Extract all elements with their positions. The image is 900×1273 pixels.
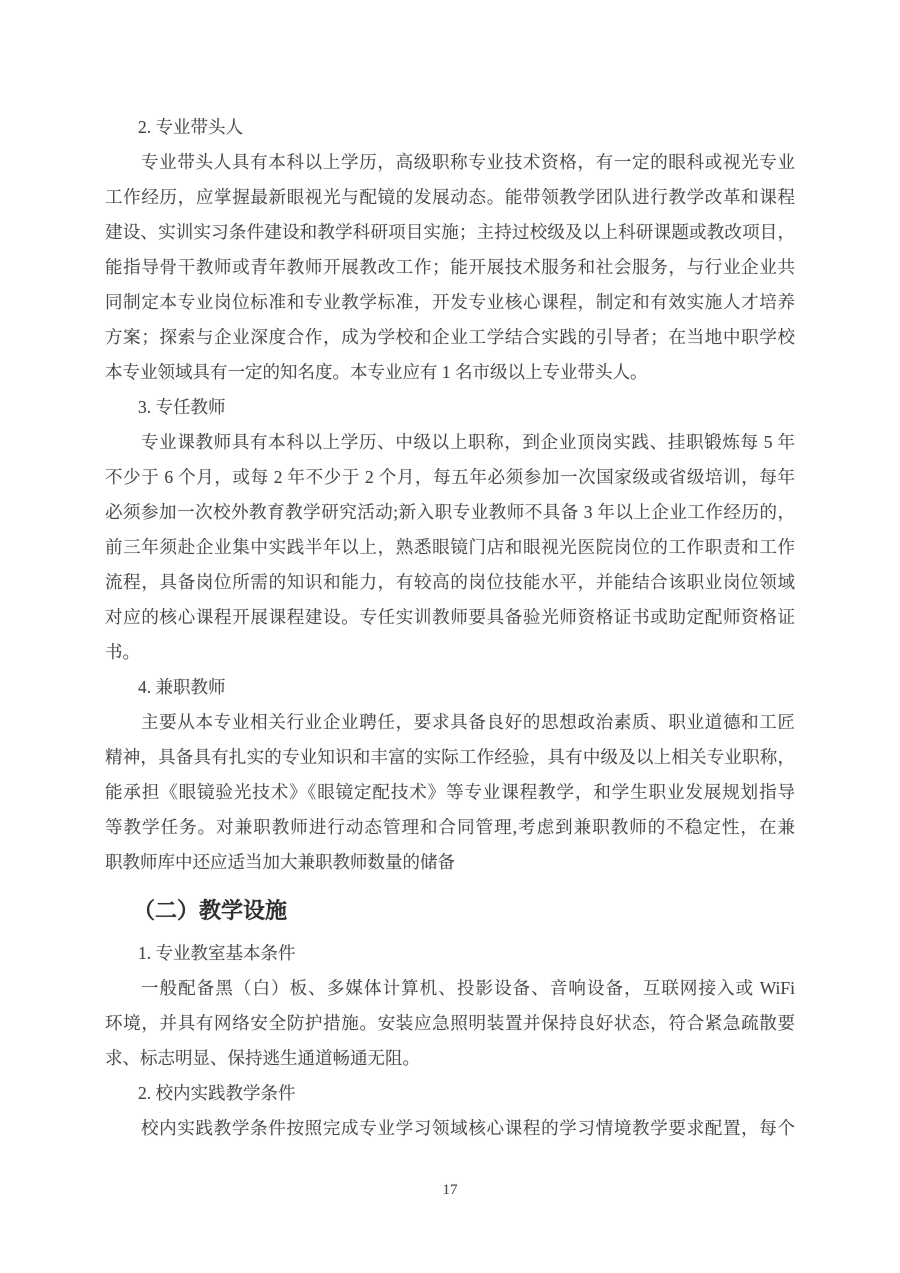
- page-number: 17: [0, 1180, 900, 1200]
- paragraph-line: 专业带头人具有本科以上学历，高级职称专业技术资格，有一定的眼科或视光专业: [105, 145, 795, 180]
- paragraph-line: 建设、实训实习条件建设和教学科研项目实施；主持过校级及以上科研课题或教改项目，: [105, 215, 795, 250]
- paragraph-line: 求、标志明显、保持逃生通道畅通无阻。: [105, 1041, 795, 1076]
- document-content: 2. 专业带头人 专业带头人具有本科以上学历，高级职称专业技术资格，有一定的眼科…: [105, 110, 795, 1146]
- paragraph-line: 流程，具备岗位所需的知识和能力，有较高的岗位技能水平，并能结合该职业岗位领域: [105, 565, 795, 600]
- paragraph-line: 前三年须赴企业集中实践半年以上，熟悉眼镜门店和眼视光医院岗位的工作职责和工作: [105, 530, 795, 565]
- paragraph-line: 校内实践教学条件按照完成专业学习领域核心课程的学习情境教学要求配置，每个: [105, 1111, 795, 1146]
- paragraph-line: 书。: [105, 635, 795, 670]
- paragraph-line: 环境，并具有网络安全防护措施。安装应急照明装置并保持良好状态，符合紧急疏散要: [105, 1006, 795, 1041]
- paragraph-line: 不少于 6 个月，或每 2 年不少于 2 个月，每五年必须参加一次国家级或省级培…: [105, 460, 795, 495]
- paragraph-line: 一般配备黑（白）板、多媒体计算机、投影设备、音响设备，互联网接入或 WiFi: [105, 971, 795, 1006]
- paragraph-line: 同制定本专业岗位标准和专业教学标准，开发专业核心课程，制定和有效实施人才培养: [105, 285, 795, 320]
- paragraph-line: 工作经历，应掌握最新眼视光与配镜的发展动态。能带领教学团队进行教学改革和课程: [105, 180, 795, 215]
- paragraph-line: 专业课教师具有本科以上学历、中级以上职称，到企业顶岗实践、挂职锻炼每 5 年: [105, 425, 795, 460]
- paragraph-line: 能承担《眼镜验光技术》《眼镜定配技术》等专业课程教学，和学生职业发展规划指导: [105, 775, 795, 810]
- paragraph-line: 对应的核心课程开展课程建设。专任实训教师要具备验光师资格证书或助定配师资格证: [105, 600, 795, 635]
- subheading-2-professional-leader: 2. 专业带头人: [105, 110, 795, 145]
- paragraph-line: 职教师库中还应适当加大兼职教师数量的储备: [105, 845, 795, 880]
- paragraph-line: 精神，具备具有扎实的专业知识和丰富的实际工作经验，具有中级及以上相关专业职称，: [105, 740, 795, 775]
- paragraph-line: 必须参加一次校外教育教学研究活动;新入职专业教师不具备 3 年以上企业工作经历的…: [105, 495, 795, 530]
- subheading-3-fulltime-teachers: 3. 专任教师: [105, 390, 795, 425]
- document-page: 2. 专业带头人 专业带头人具有本科以上学历，高级职称专业技术资格，有一定的眼科…: [0, 0, 900, 1273]
- paragraph-line: 能指导骨干教师或青年教师开展教改工作；能开展技术服务和社会服务，与行业企业共: [105, 250, 795, 285]
- paragraph-line: 方案；探索与企业深度合作，成为学校和企业工学结合实践的引导者；在当地中职学校: [105, 320, 795, 355]
- section-heading-teaching-facilities: （二）教学设施: [105, 890, 795, 932]
- subheading-4-parttime-teachers: 4. 兼职教师: [105, 670, 795, 705]
- paragraph-line: 等教学任务。对兼职教师进行动态管理和合同管理,考虑到兼职教师的不稳定性，在兼: [105, 810, 795, 845]
- paragraph-line: 本专业领域具有一定的知名度。本专业应有 1 名市级以上专业带头人。: [105, 355, 795, 390]
- paragraph-line: 主要从本专业相关行业企业聘任，要求具备良好的思想政治素质、职业道德和工匠: [105, 705, 795, 740]
- subheading-2-campus-practice-conditions: 2. 校内实践教学条件: [105, 1076, 795, 1111]
- subheading-1-classroom-conditions: 1. 专业教室基本条件: [105, 936, 795, 971]
